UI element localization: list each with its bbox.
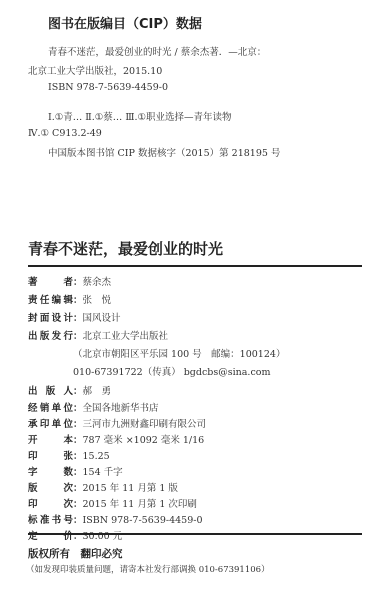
imprint-row-isbn: 标准书号：ISBN 978-7-5639-4459-0: [28, 512, 203, 526]
bottom-divider: [28, 533, 362, 535]
imprint-value: 全国各地新华书店: [83, 403, 159, 414]
imprint-value: 2015 年 11 月第 1 次印刷: [83, 499, 197, 510]
imprint-label: 开本: [28, 432, 73, 446]
cip-isbn: ISBN 978-7-5639-4459-0: [48, 82, 168, 93]
imprint-label: 经销单位: [28, 400, 73, 414]
imprint-row-price: 定价：30.00 元: [28, 528, 122, 542]
imprint-row-cover-design: 封面设计：国风设计: [28, 310, 121, 324]
cip-publisher-line: 北京工业大学出版社，2015.10: [28, 63, 162, 77]
imprint-row-publisher-person: 出版人：郝 勇: [28, 383, 111, 397]
copyright-note: （如发现印装质量问题，请寄本社发行部调换 010-67391106）: [26, 563, 270, 575]
book-title: 青春不迷茫，最爱创业的时光: [28, 238, 223, 259]
imprint-label: 版次: [28, 480, 73, 494]
imprint-value: 郝 勇: [83, 386, 112, 397]
imprint-label: 著者: [28, 274, 73, 288]
imprint-row-format: 开本：787 毫米 ×1092 毫米 1/16: [28, 432, 204, 446]
publisher-address: （北京市朝阳区平乐园 100 号 邮编：100124）: [73, 346, 285, 360]
publisher-contact: 010-67391722（传真） bgdcbs@sina.com: [73, 364, 271, 378]
imprint-row-sheets: 印张：15.25: [28, 448, 110, 462]
top-divider: [28, 265, 362, 267]
cip-heading: 图书在版编目（CIP）数据: [48, 13, 202, 32]
imprint-label: 承印单位: [28, 416, 73, 430]
imprint-value: 国风设计: [83, 313, 121, 324]
imprint-label: 责任编辑: [28, 292, 73, 306]
imprint-row-printer: 承印单位：三河市九洲财鑫印刷有限公司: [28, 416, 206, 430]
imprint-label: 出版人: [28, 383, 73, 397]
imprint-value: 15.25: [83, 451, 110, 462]
imprint-value: 北京工业大学出版社: [83, 331, 169, 342]
imprint-row-distributor: 经销单位：全国各地新华书店: [28, 400, 159, 414]
imprint-label: 印次: [28, 496, 73, 510]
imprint-label: 定价: [28, 528, 73, 542]
imprint-label: 字数: [28, 464, 73, 478]
cip-classification-1: Ⅰ.①青… Ⅱ.①蔡… Ⅲ.①职业选择—青年读物: [48, 109, 232, 123]
cip-verification: 中国版本图书馆 CIP 数据核字（2015）第 218195 号: [48, 145, 280, 159]
imprint-value: 2015 年 11 月第 1 版: [83, 483, 178, 494]
imprint-row-editor: 责任编辑：张 悦: [28, 292, 111, 306]
imprint-row-publisher: 出版发行：北京工业大学出版社: [28, 328, 168, 342]
imprint-label: 出版发行: [28, 328, 73, 342]
imprint-label: 印张: [28, 448, 73, 462]
imprint-value: 787 毫米 ×1092 毫米 1/16: [83, 435, 205, 446]
imprint-row-edition: 版次：2015 年 11 月第 1 版: [28, 480, 178, 494]
imprint-row-word-count: 字数：154 千字: [28, 464, 123, 478]
imprint-row-printing: 印次：2015 年 11 月第 1 次印刷: [28, 496, 197, 510]
imprint-value: ISBN 978-7-5639-4459-0: [83, 515, 203, 526]
imprint-row-author: 著者：蔡余杰: [28, 274, 111, 288]
imprint-value: 蔡余杰: [83, 277, 112, 288]
cip-classification-2: Ⅳ.① C913.2-49: [28, 128, 102, 139]
imprint-value: 154 千字: [83, 467, 123, 478]
imprint-label: 标准书号: [28, 512, 73, 526]
copyright-heading: 版权所有 翻印必究: [28, 546, 123, 561]
imprint-label: 封面设计: [28, 310, 73, 324]
imprint-value: 三河市九洲财鑫印刷有限公司: [83, 419, 207, 430]
imprint-value: 张 悦: [83, 295, 112, 306]
cip-title-line: 青春不迷茫，最爱创业的时光 / 蔡余杰著．—北京：: [48, 44, 266, 58]
